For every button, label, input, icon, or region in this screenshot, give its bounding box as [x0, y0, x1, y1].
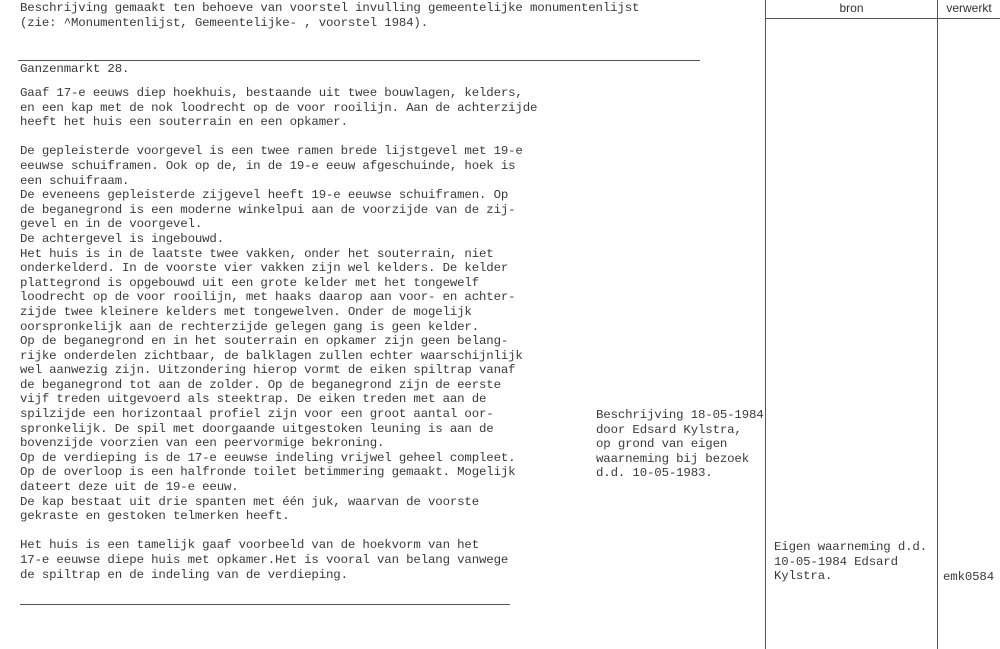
- bron-entry: Eigen waarneming d.d. 10-05-1984 Edsard …: [774, 540, 927, 584]
- verwerkt-code: emk0584: [943, 570, 994, 585]
- address-heading: Ganzenmarkt 28.: [20, 62, 129, 77]
- description-source-note: Beschrijving 18-05-1984 door Edsard Kyls…: [596, 408, 764, 481]
- column-header-rule: [765, 18, 1000, 19]
- bottom-divider: [20, 604, 510, 605]
- column-header-bron: bron: [766, 1, 937, 15]
- top-divider: [18, 60, 700, 61]
- building-description: Gaaf 17-e eeuws diep hoekhuis, bestaande…: [20, 86, 537, 582]
- intro-text: Beschrijving gemaakt ten behoeve van voo…: [20, 1, 639, 30]
- verwerkt-column-border: [937, 0, 938, 649]
- bron-column-border: [765, 0, 766, 649]
- column-header-verwerkt: verwerkt: [938, 1, 1000, 15]
